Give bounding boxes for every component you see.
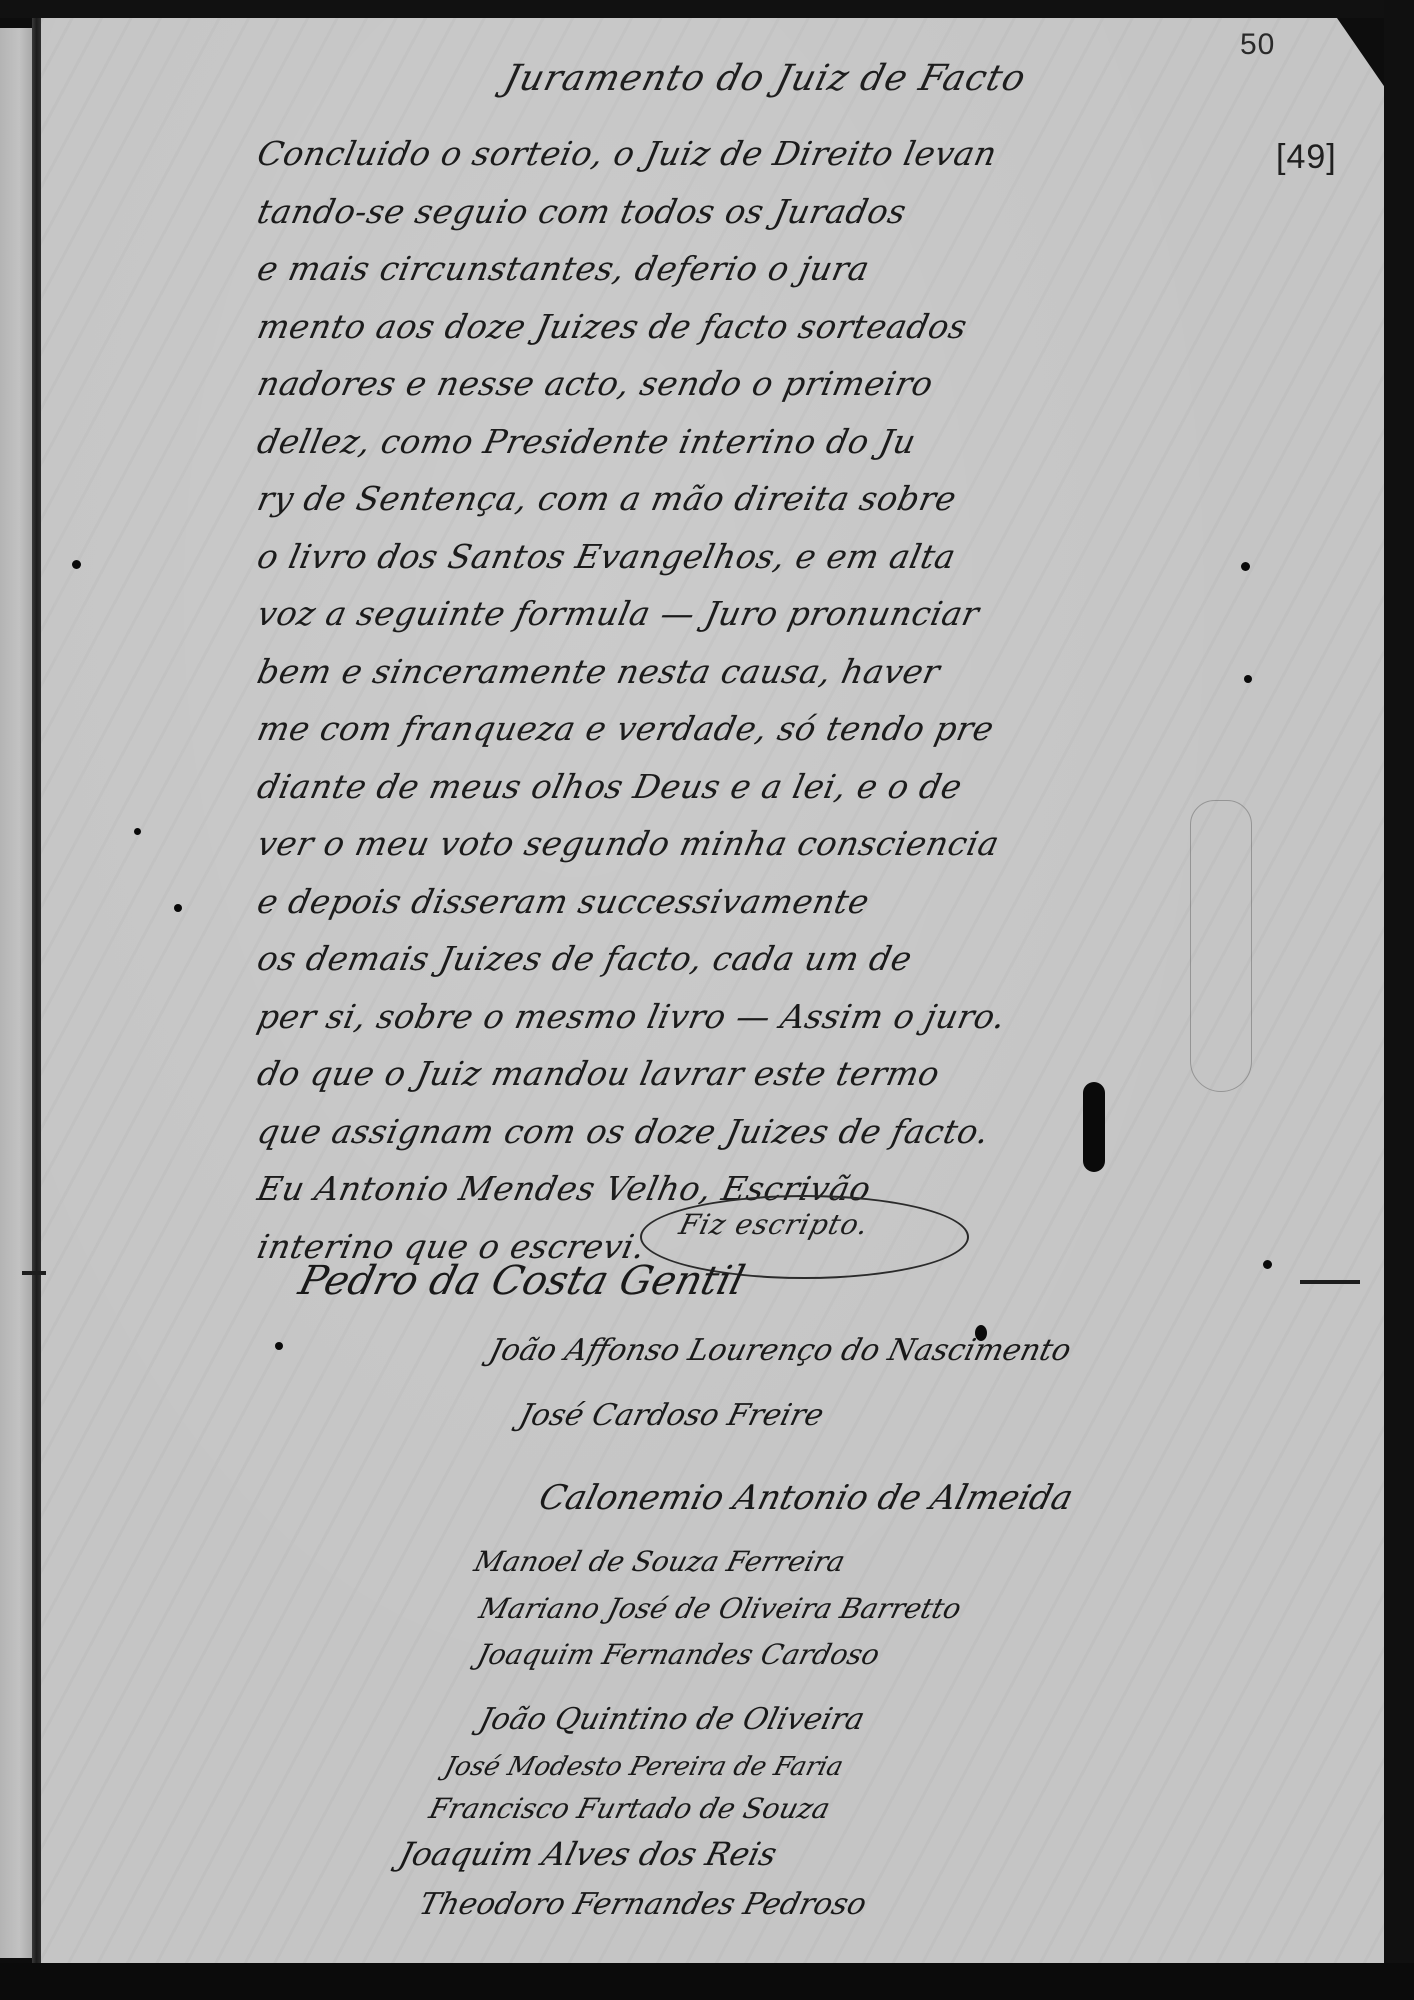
- previous-page-edge: [0, 28, 32, 1958]
- body-line: dellez, como Presidente interino do Ju: [252, 413, 1224, 471]
- body-line: tando-se seguio com todos os Jurados: [252, 183, 1224, 241]
- body-line: bem e sinceramente nesta causa, haver: [252, 643, 1224, 701]
- binding-mark-right: [1300, 1280, 1360, 1284]
- signature: Manoel de Souza Ferreira: [471, 1545, 849, 1578]
- ink-dot: [1263, 1260, 1272, 1269]
- binding-mark-left: [22, 1271, 46, 1275]
- body-line: o livro dos Santos Evangelhos, e em alta: [252, 528, 1224, 586]
- body-line: mento aos doze Juizes de facto sorteados: [252, 298, 1224, 356]
- signature: Theodoro Fernandes Pedroso: [416, 1887, 870, 1922]
- signature: José Cardoso Freire: [516, 1398, 828, 1433]
- archive-page-number: [49]: [1276, 138, 1337, 177]
- signature: João Quintino de Oliveira: [476, 1702, 869, 1737]
- signature: João Affonso Lourenço do Nascimento: [486, 1333, 1075, 1368]
- scanner-border-bottom: [0, 1963, 1414, 2000]
- body-line: e mais circunstantes, deferio o jura: [252, 240, 1224, 298]
- scanner-border-right: [1384, 0, 1414, 2000]
- body-line: ver o meu voto segundo minha consciencia: [252, 815, 1224, 873]
- body-line: do que o Juiz mandou lavrar este termo: [252, 1045, 1224, 1103]
- body-line: os demais Juizes de facto, cada um de: [252, 930, 1224, 988]
- ink-dot: [72, 560, 81, 569]
- body-line: diante de meus olhos Deus e a lei, e o d…: [252, 758, 1224, 816]
- signature: José Modesto Pereira de Faria: [441, 1752, 846, 1782]
- faint-pencil-mark: [1190, 800, 1252, 1092]
- ink-blot: [1083, 1082, 1105, 1172]
- document-heading: Juramento do Juiz de Facto: [500, 58, 1031, 99]
- body-line: voz a seguinte formula — Juro pronunciar: [252, 585, 1224, 643]
- body-line: me com franqueza e verdade, só tendo pre: [252, 700, 1224, 758]
- body-line: nadores e nesse acto, sendo o primeiro: [252, 355, 1224, 413]
- signature: Francisco Furtado de Souza: [426, 1792, 834, 1825]
- manuscript-body: Concluido o sorteio, o Juiz de Direito l…: [258, 125, 1218, 1275]
- body-line: e depois disseram successivamente: [252, 873, 1224, 931]
- signature: Mariano José de Oliveira Barretto: [476, 1592, 965, 1625]
- page-number: 50: [1240, 28, 1275, 62]
- ink-dot: [975, 1325, 987, 1341]
- body-line: per si, sobre o mesmo livro — Assim o ju…: [252, 988, 1224, 1046]
- ink-dot: [1244, 675, 1252, 683]
- scanner-border-top: [0, 0, 1414, 18]
- signature: Calonemio Antonio de Almeida: [535, 1478, 1077, 1518]
- signature: Joaquim Fernandes Cardoso: [474, 1638, 883, 1671]
- signature-block-title: Fiz escripto.: [676, 1208, 873, 1241]
- signature: Pedro da Costa Gentil: [294, 1258, 749, 1304]
- body-line: que assignam com os doze Juizes de facto…: [252, 1103, 1224, 1161]
- body-line: ry de Sentença, com a mão direita sobre: [252, 470, 1224, 528]
- ink-dot: [275, 1342, 283, 1350]
- signature: Joaquim Alves dos Reis: [395, 1835, 780, 1873]
- ink-dot: [134, 828, 141, 835]
- body-line: Concluido o sorteio, o Juiz de Direito l…: [252, 125, 1224, 183]
- ink-dot: [1241, 562, 1250, 571]
- ink-dot: [174, 904, 182, 912]
- book-gutter: [32, 18, 41, 1963]
